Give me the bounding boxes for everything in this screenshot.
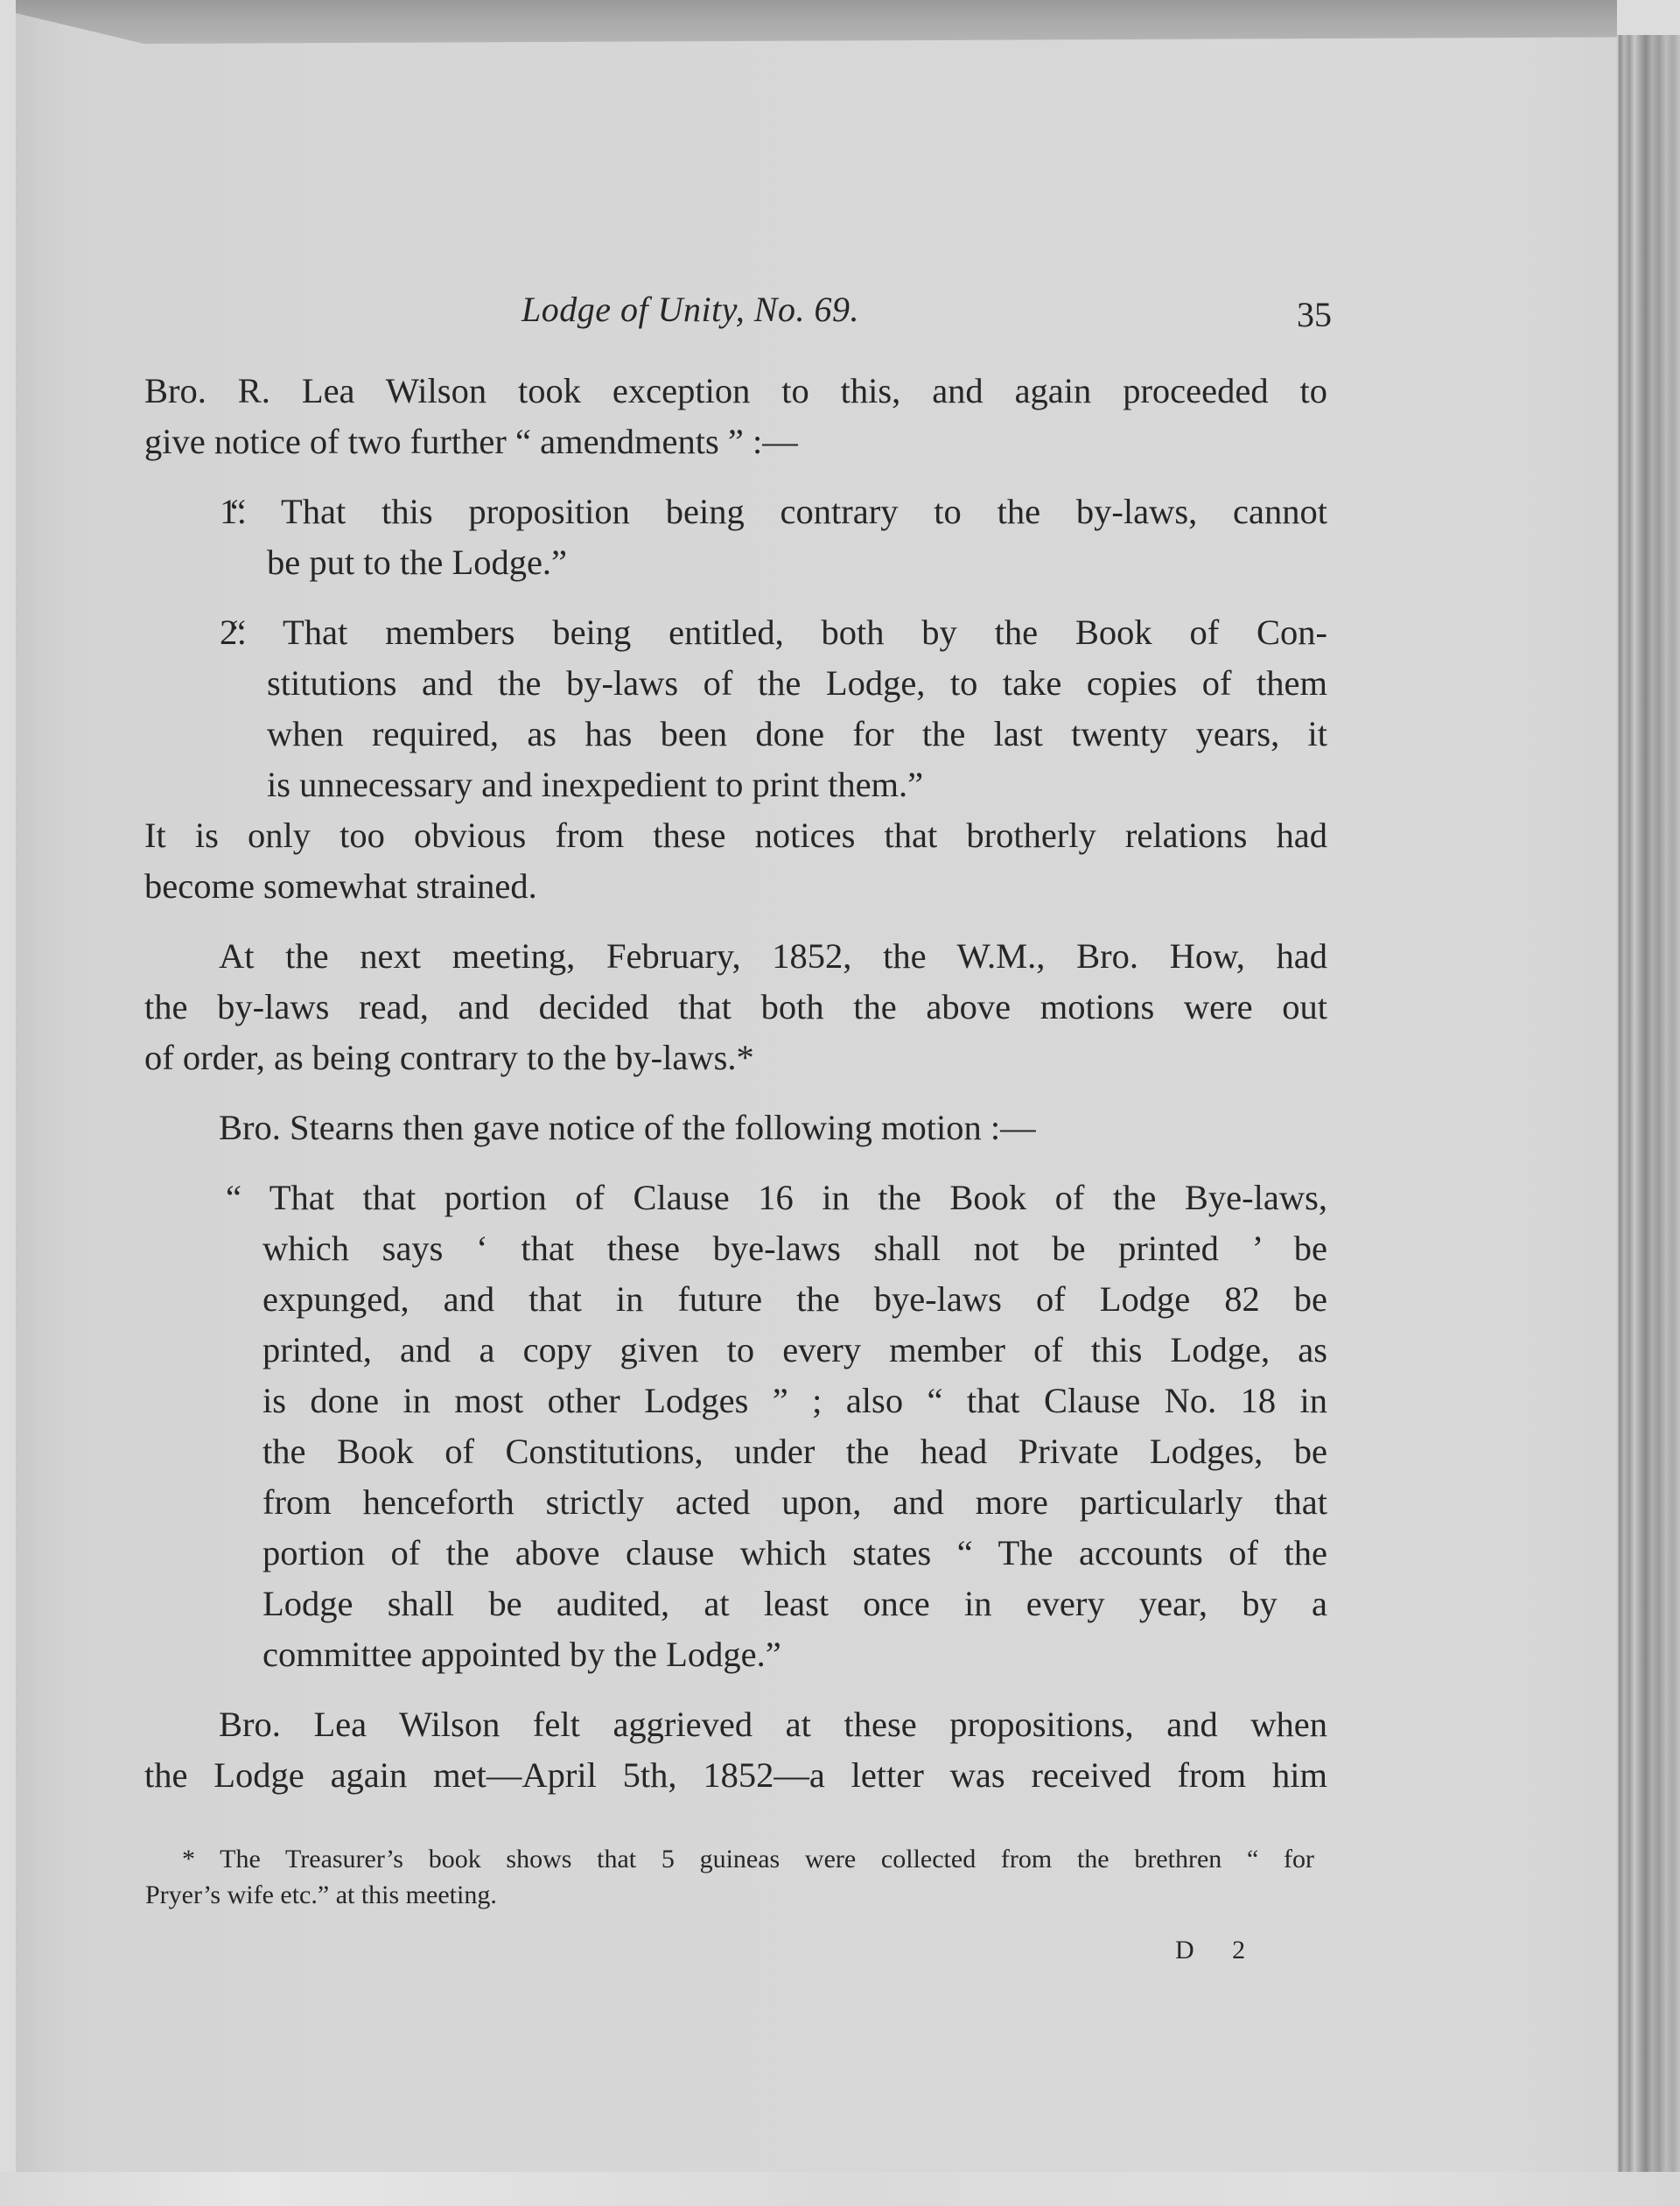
text-line: At the next meeting, February, 1852, the…: [144, 931, 1327, 982]
text-line: is done in most other Lodges ” ; also “ …: [262, 1376, 1327, 1426]
printer-signature-mark: D 2: [1175, 1936, 1261, 1965]
footnote: * The Treasurer’s book shows that 5 guin…: [145, 1841, 1314, 1913]
book-fore-edge: [1617, 35, 1680, 2172]
text-line: Lodge shall be audited, at least once in…: [262, 1579, 1327, 1629]
paragraph-wilson-exception: Bro. R. Lea Wilson took exception to thi…: [144, 366, 1327, 467]
paragraph-february-meeting: At the next meeting, February, 1852, the…: [144, 931, 1327, 1083]
scan-bottom-margin: [0, 2172, 1680, 2206]
stearns-motion-quote: “ That that portion of Clause 16 in the …: [144, 1173, 1327, 1680]
text-line: Bro. Lea Wilson felt aggrieved at these …: [144, 1699, 1327, 1750]
footnote-line: * The Treasurer’s book shows that 5 guin…: [145, 1841, 1314, 1877]
text-line: “ That this proposition being contrary t…: [230, 487, 1327, 537]
text-line: committee appointed by the Lodge.”: [262, 1629, 1327, 1680]
text-line: It is only too obvious from these notice…: [144, 810, 1327, 861]
footnote-line: Pryer’s wife etc.” at this meeting.: [145, 1880, 497, 1909]
text-line: Bro. Stearns then gave notice of the fol…: [144, 1103, 1327, 1153]
text-line: of order, as being contrary to the by-la…: [144, 1033, 1327, 1083]
text-line: “ That that portion of Clause 16 in the …: [226, 1173, 1327, 1223]
body-text: Bro. R. Lea Wilson took exception to thi…: [144, 366, 1327, 1801]
paragraph-wilson-aggrieved: Bro. Lea Wilson felt aggrieved at these …: [144, 1699, 1327, 1801]
text-line: the Lodge again met—April 5th, 1852—a le…: [144, 1750, 1327, 1801]
text-line: be put to the Lodge.”: [267, 537, 1327, 588]
text-line: is unnecessary and inexpedient to print …: [267, 760, 1327, 810]
text-line: which says ‘ that these bye-laws shall n…: [262, 1223, 1327, 1274]
amendment-number: 1.: [220, 487, 246, 537]
text-line: “ That members being entitled, both by t…: [230, 607, 1327, 658]
text-line: when required, as has been done for the …: [267, 709, 1327, 760]
text-line: printed, and a copy given to every membe…: [262, 1325, 1327, 1376]
running-title: Lodge of Unity, No. 69.: [521, 289, 859, 330]
amendment-2: 2. “ That members being entitled, both b…: [144, 607, 1327, 810]
text-line: give notice of two further “ amendments …: [144, 417, 1327, 467]
text-line: the Book of Constitutions, under the hea…: [262, 1426, 1327, 1477]
page-top-edge-shadow: [16, 0, 1617, 44]
page-number: 35: [1297, 294, 1332, 335]
paragraph-strained-relations: It is only too obvious from these notice…: [144, 810, 1327, 912]
text-line: the by-laws read, and decided that both …: [144, 982, 1327, 1033]
text-line: from henceforth strictly acted upon, and…: [262, 1477, 1327, 1528]
text-line: portion of the above clause which states…: [262, 1528, 1327, 1579]
paragraph-stearns-notice: Bro. Stearns then gave notice of the fol…: [144, 1103, 1327, 1153]
text-line: become somewhat strained.: [144, 861, 1327, 912]
amendment-1: 1. “ That this proposition being contrar…: [144, 487, 1327, 588]
amendment-number: 2.: [220, 607, 246, 658]
running-head: Lodge of Unity, No. 69. 35: [140, 289, 1330, 341]
text-line: Bro. R. Lea Wilson took exception to thi…: [144, 366, 1327, 417]
text-line: expunged, and that in future the bye-law…: [262, 1274, 1327, 1325]
text-line: stitutions and the by-laws of the Lodge,…: [267, 658, 1327, 709]
